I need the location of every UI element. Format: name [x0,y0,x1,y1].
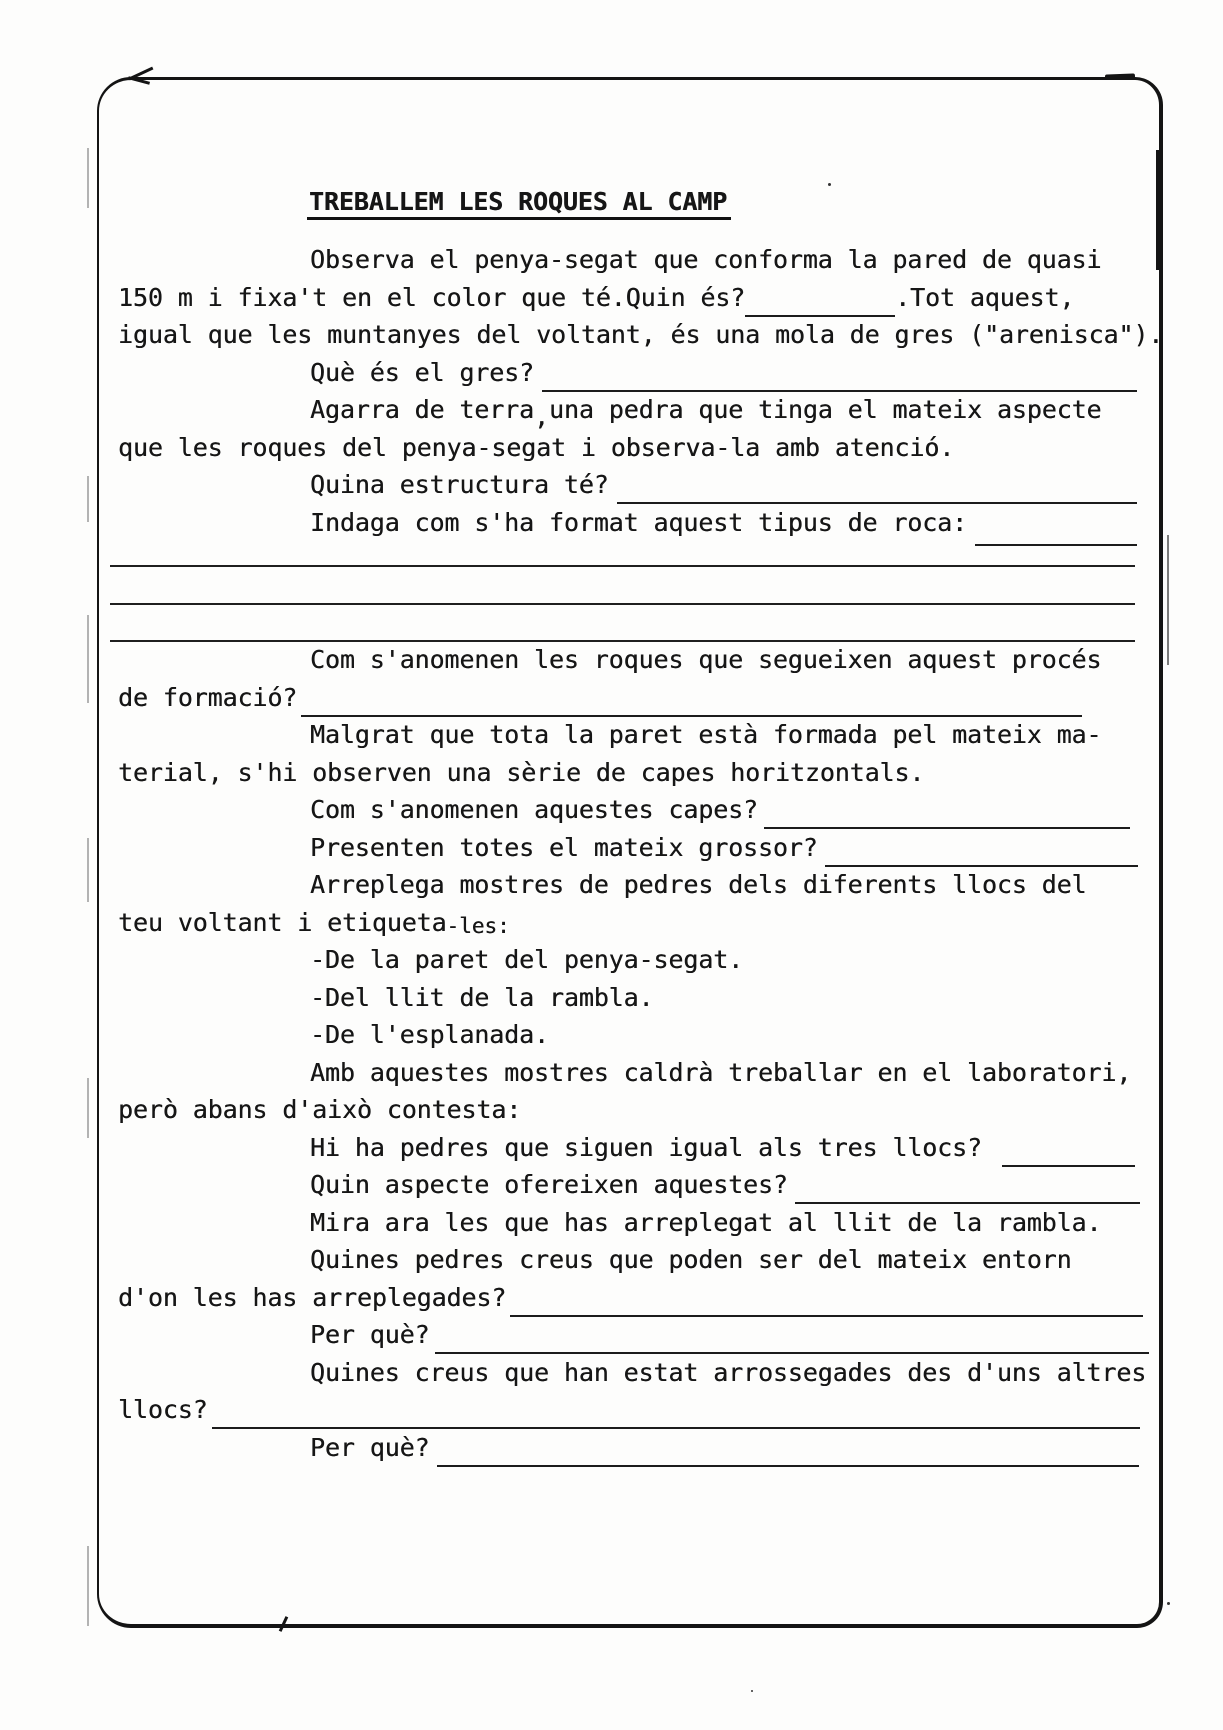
scan-artifact-speck [751,1690,753,1692]
line-llocs: llocs? [118,1395,1140,1427]
line-que-les-roques: que les roques del penya-segat i observa… [118,433,954,463]
answer-blank-per-que-2 [437,1435,1139,1467]
question-aspecte: Quin aspecte ofereixen aquestes? [310,1170,1140,1202]
line-mira-ara: Mira ara les que has arreplegat al llit … [310,1208,1101,1238]
scan-artifact-edge [87,476,89,522]
suffix-les: -les: [447,914,510,938]
page-title: TREBALLEM LES ROQUES AL CAMP [309,187,727,217]
writing-line-1 [110,565,1135,567]
scan-artifact-edge [87,148,89,208]
writing-line-2 [110,603,1135,605]
line-arreplega: Arreplega mostres de pedres dels diferen… [310,870,1086,900]
answer-blank-quin-es [745,285,895,317]
line-malgrat: Malgrat que tota la paret està formada p… [310,720,1101,750]
answer-blank-estructura [617,472,1137,504]
scan-artifact-edge [87,1078,89,1138]
answer-blank-per-que-1 [435,1322,1149,1354]
item-esplanada: -De l'esplanada. [310,1020,549,1050]
item-llit-rambla: -Del llit de la rambla. [310,983,653,1013]
question-indaga: Indaga com s'ha format aquest tipus de r… [310,508,1137,540]
scan-artifact-top-right [1105,73,1135,79]
question-gres: Què és el gres? [310,358,1137,390]
scan-artifact-edge [87,838,89,902]
answer-blank-arreplegades [510,1285,1143,1317]
answer-blank-aspecte [795,1172,1140,1204]
answer-blank-formacio [301,685,1082,717]
question-estructura: Quina estructura té? [310,470,1137,502]
line-don-arreplegades: d'on les has arreplegades? [118,1283,1143,1315]
answer-blank-grossor [825,835,1138,867]
scan-artifact-right-double [1167,535,1169,665]
question-roques-proces: Com s'anomenen les roques que segueixen … [310,645,1101,675]
scan-artifact-edge [87,615,89,703]
line-150m: 150 m i fixa't en el color que té.Quin é… [118,283,1074,315]
question-de-formacio: de formació? [118,683,1082,715]
scan-artifact-right-thick [1156,150,1161,270]
line-pero-abans: però abans d'això contesta: [118,1095,521,1125]
question-quines-creus: Quines creus que han estat arrossegades … [310,1358,1146,1388]
scan-artifact-speck [1167,1602,1170,1605]
worksheet-page: TREBALLEM LES ROQUES AL CAMP Observa el … [0,0,1223,1730]
answer-blank-gres [542,360,1137,392]
line-observa: Observa el penya-segat que conforma la p… [310,245,1101,275]
question-per-que-2: Per què? [310,1433,1139,1465]
stray-comma: , [534,402,549,432]
answer-blank-llocs [212,1397,1140,1429]
question-per-que-1: Per què? [310,1320,1149,1352]
line-igual: igual que les muntanyes del voltant, és … [118,320,1163,350]
line-amb-mostres: Amb aquestes mostres caldrà treballar en… [310,1058,1131,1088]
item-paret-penya-segat: -De la paret del penya-segat. [310,945,743,975]
answer-blank-capes [764,797,1130,829]
question-tres-llocs: Hi ha pedres que siguen igual als tres l… [310,1133,1135,1165]
scan-artifact-edge [87,1546,89,1626]
line-150m-end: .Tot aquest, [895,283,1074,312]
writing-line-3 [110,640,1135,642]
answer-blank-tres-llocs [1002,1135,1135,1167]
line-teu-voltant: teu voltant i etiqueta-les: [118,908,510,939]
question-quin-es: 150 m i fixa't en el color que té.Quin é… [118,283,745,312]
answer-blank-indaga [975,514,1137,546]
scan-artifact-speck [828,183,831,186]
line-terial: terial, s'hi observen una sèrie de capes… [118,758,924,788]
question-capes: Com s'anomenen aquestes capes? [310,795,1130,827]
question-quines-pedres: Quines pedres creus que poden ser del ma… [310,1245,1072,1275]
line-agarra: Agarra de terra,una pedra que tinga el m… [310,395,1101,425]
question-grossor: Presenten totes el mateix grossor? [310,833,1138,865]
title-underline [307,217,731,220]
